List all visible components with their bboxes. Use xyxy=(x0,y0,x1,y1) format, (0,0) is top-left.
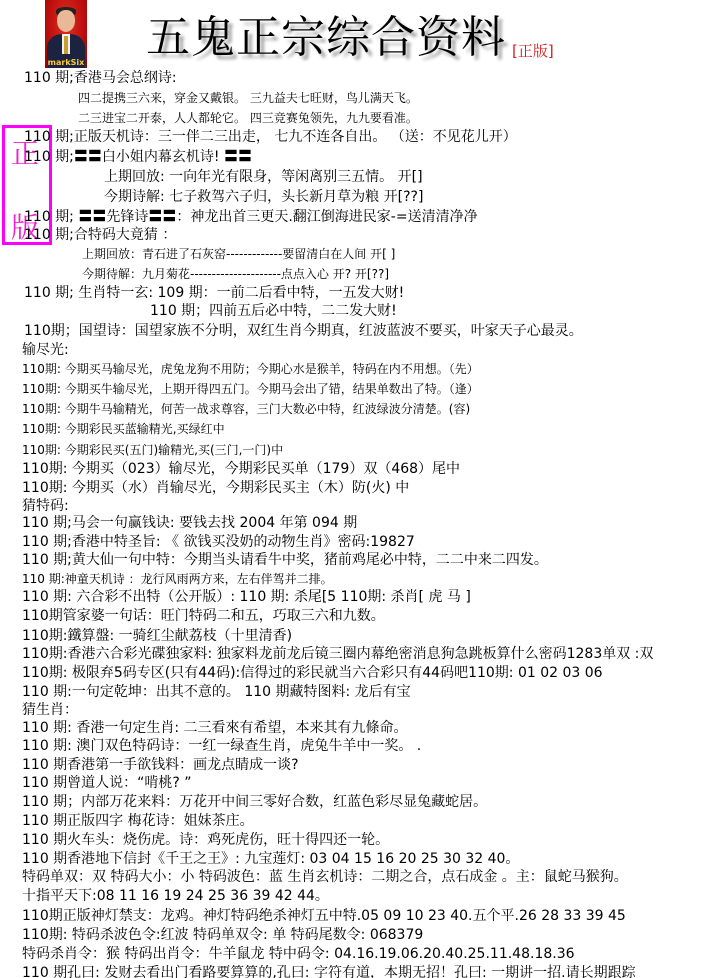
text-line: 特码单双：双 特码大小：小 特码波色：蓝 生肖玄机诗：二期之合，点石成金 。主：… xyxy=(22,868,628,886)
photo-face xyxy=(57,10,75,32)
text-line: 猜特码: xyxy=(22,497,69,515)
text-line: 110 期;香港中特圣旨: 《 欲钱买没奶的动物生肖》密码:19827 xyxy=(22,533,415,551)
page-title: 五鬼正宗综合资料 xyxy=(146,10,506,66)
text-line: 110期: 特码杀波色令:红波 特码单双令: 单 特码尾数令: 068379 xyxy=(22,926,423,944)
photo-logo: markSix xyxy=(45,58,87,68)
text-line: 110 期；四前五后必中特，二二发大财! xyxy=(150,302,397,320)
text-line: 110 期;正版天机诗：三一伴二三出走， 七九不连各自出。 （送：不见花儿开） xyxy=(24,128,517,146)
text-line: 110期: 今期彩民买(五门)输精光,买(三门,一门)中 xyxy=(22,441,283,459)
text-line: 110期；国望诗：国望家族不分明，双红生肖今期真，红波蓝波不要买，叶家天子心最灵… xyxy=(24,322,583,340)
text-line: 110 期: 香港一句定生肖: 二三看來有希望，本来其有九條命。 xyxy=(22,719,408,737)
text-line: 110 期;合特码大竟猜 ： xyxy=(24,226,176,244)
portrait-photo: markSix xyxy=(45,0,87,68)
text-line: 110期: 今期牛马输精光，何苦一战求尊容，三门大数必中特，红波绿波分清楚。(容… xyxy=(22,400,470,418)
text-line: 110 期; 生肖特一玄: 109 期：一前二后看中特，一五发大财! xyxy=(24,284,404,302)
text-line: 110期管家婆一句话：旺门特码二和五，巧取三六和九数。 xyxy=(22,607,385,625)
text-line: 110 期;〓〓白小姐内幕玄机诗! 〓〓 xyxy=(24,148,252,166)
text-line: 110期: 今期买（023）输尽光，今期彩民买单（179）双（468）尾中 xyxy=(22,460,460,478)
text-line: 110 期正版四字 梅花诗：姐妹茶庄。 xyxy=(22,812,254,830)
text-line: 110期: 今期买牛输尽光，上期开得四五门。今期马会出了错，结果单数出了特。（逢… xyxy=(22,380,479,398)
edition-badge: [正版] xyxy=(512,40,554,61)
text-line: 110 期；内部万花来料：万花开中间三零好合数，红蓝色彩尽显兔藏蛇居。 xyxy=(22,793,487,811)
text-line: 猜生肖： xyxy=(22,701,78,719)
text-line: 上期回放：青石进了石灰窑-------------要留清白在人间 开[ ] xyxy=(82,245,395,263)
text-line: 二三进宝二开泰，人人都轮它。 四三竞赛兔领先，九九要看准。 xyxy=(78,109,418,127)
text-line: 110期正版神灯禁支：龙鸡。神灯特码绝杀神灯五中特.05 09 10 23 40… xyxy=(22,907,626,925)
text-line: 特码杀肖令：猴 特码出肖令：牛羊鼠龙 特中码令: 04.16.19.06.20.… xyxy=(22,945,575,963)
text-line: 输尽光: xyxy=(22,341,69,359)
text-line: 110 期:神童天机诗 ：龙行风雨两方来，左右伴驾并二排。 xyxy=(22,570,333,588)
text-line: 110 期; 〓〓先锋诗〓〓：神龙出首三更天.翻江倒海进民家-=送清清净净 xyxy=(24,208,478,226)
text-line: 今期待解：九月菊花---------------------点点入心 开? 开[… xyxy=(82,265,389,283)
text-line: 110 期: 六合彩不出特（公开版）: 110 期: 杀尾[5 110期: 杀肖… xyxy=(22,588,471,606)
text-line: 110期: 今期买马输尽光，虎兔龙狗不用防；今期心水是猴羊，特码在内不用想。（先… xyxy=(22,360,479,378)
text-line: 110期:鐵算盤: 一骑红尘献荔枝（十里清香) xyxy=(22,627,292,645)
text-line: 110 期;黄大仙一句中特：今期当头请看牛中奖，猪前鸡尾必中特，二二中来二四发。 xyxy=(22,551,548,569)
text-line: 110 期: 澳门双色特码诗：一红一绿查生肖，虎兔牛羊中一奖。 . xyxy=(22,737,421,755)
text-line: 今期诗解: 七子救驾六子归，头长新月草为粮 开[??] xyxy=(104,188,423,206)
text-line: 110期: 今期彩民买蓝输精光,买绿红中 xyxy=(22,420,225,438)
photo-tie xyxy=(64,36,68,54)
text-line: 110 期香港第一手欲钱料：画龙点睛成一谈? xyxy=(22,756,299,774)
text-line: 110 期曾道人说：“啃桃? ” xyxy=(22,774,192,792)
text-line: 110 期:一句定乾坤：出其不意的。 110 期藏特图料: 龙后有宝 xyxy=(22,683,411,701)
text-line: 四二提携三六来，穿金又戴银。 三九益夫七旺财，鸟儿满天飞。 xyxy=(78,89,418,107)
text-line: 十指平天下:08 11 16 19 24 25 36 39 42 44。 xyxy=(22,887,329,905)
text-line: 110 期火车头：烧伤虎。诗：鸡死虎伤，旺十得四还一轮。 xyxy=(22,831,389,849)
text-line: 110期: 今期买（水）肖输尽光，今期彩民买主（木）防(火) 中 xyxy=(22,479,409,497)
text-line: 110期: 极限弃5码专区(只有44码):信得过的彩民就当六合彩只有44码吧11… xyxy=(22,664,603,682)
text-line: 110期:香港六合彩光碟独家料: 独家料龙前龙后镜三圈内幕绝密消息狗急跳板算什么… xyxy=(22,645,653,663)
text-line: 上期回放: 一向年光有限身，等闲离别三五情。 开[] xyxy=(104,168,423,186)
text-line: 110 期香港地下信封《千王之王》: 九宝莲灯: 03 04 15 16 20 … xyxy=(22,850,519,868)
text-line: 110 期;香港马会总纲诗: xyxy=(24,69,177,87)
text-line: 110 期孔曰: 发财去看出门看路要算算的,孔曰: 字符有道，本期无招！孔曰: … xyxy=(22,964,636,978)
text-line: 110 期;马会一句赢钱诀: 要钱去找 2004 年第 094 期 xyxy=(22,514,357,532)
